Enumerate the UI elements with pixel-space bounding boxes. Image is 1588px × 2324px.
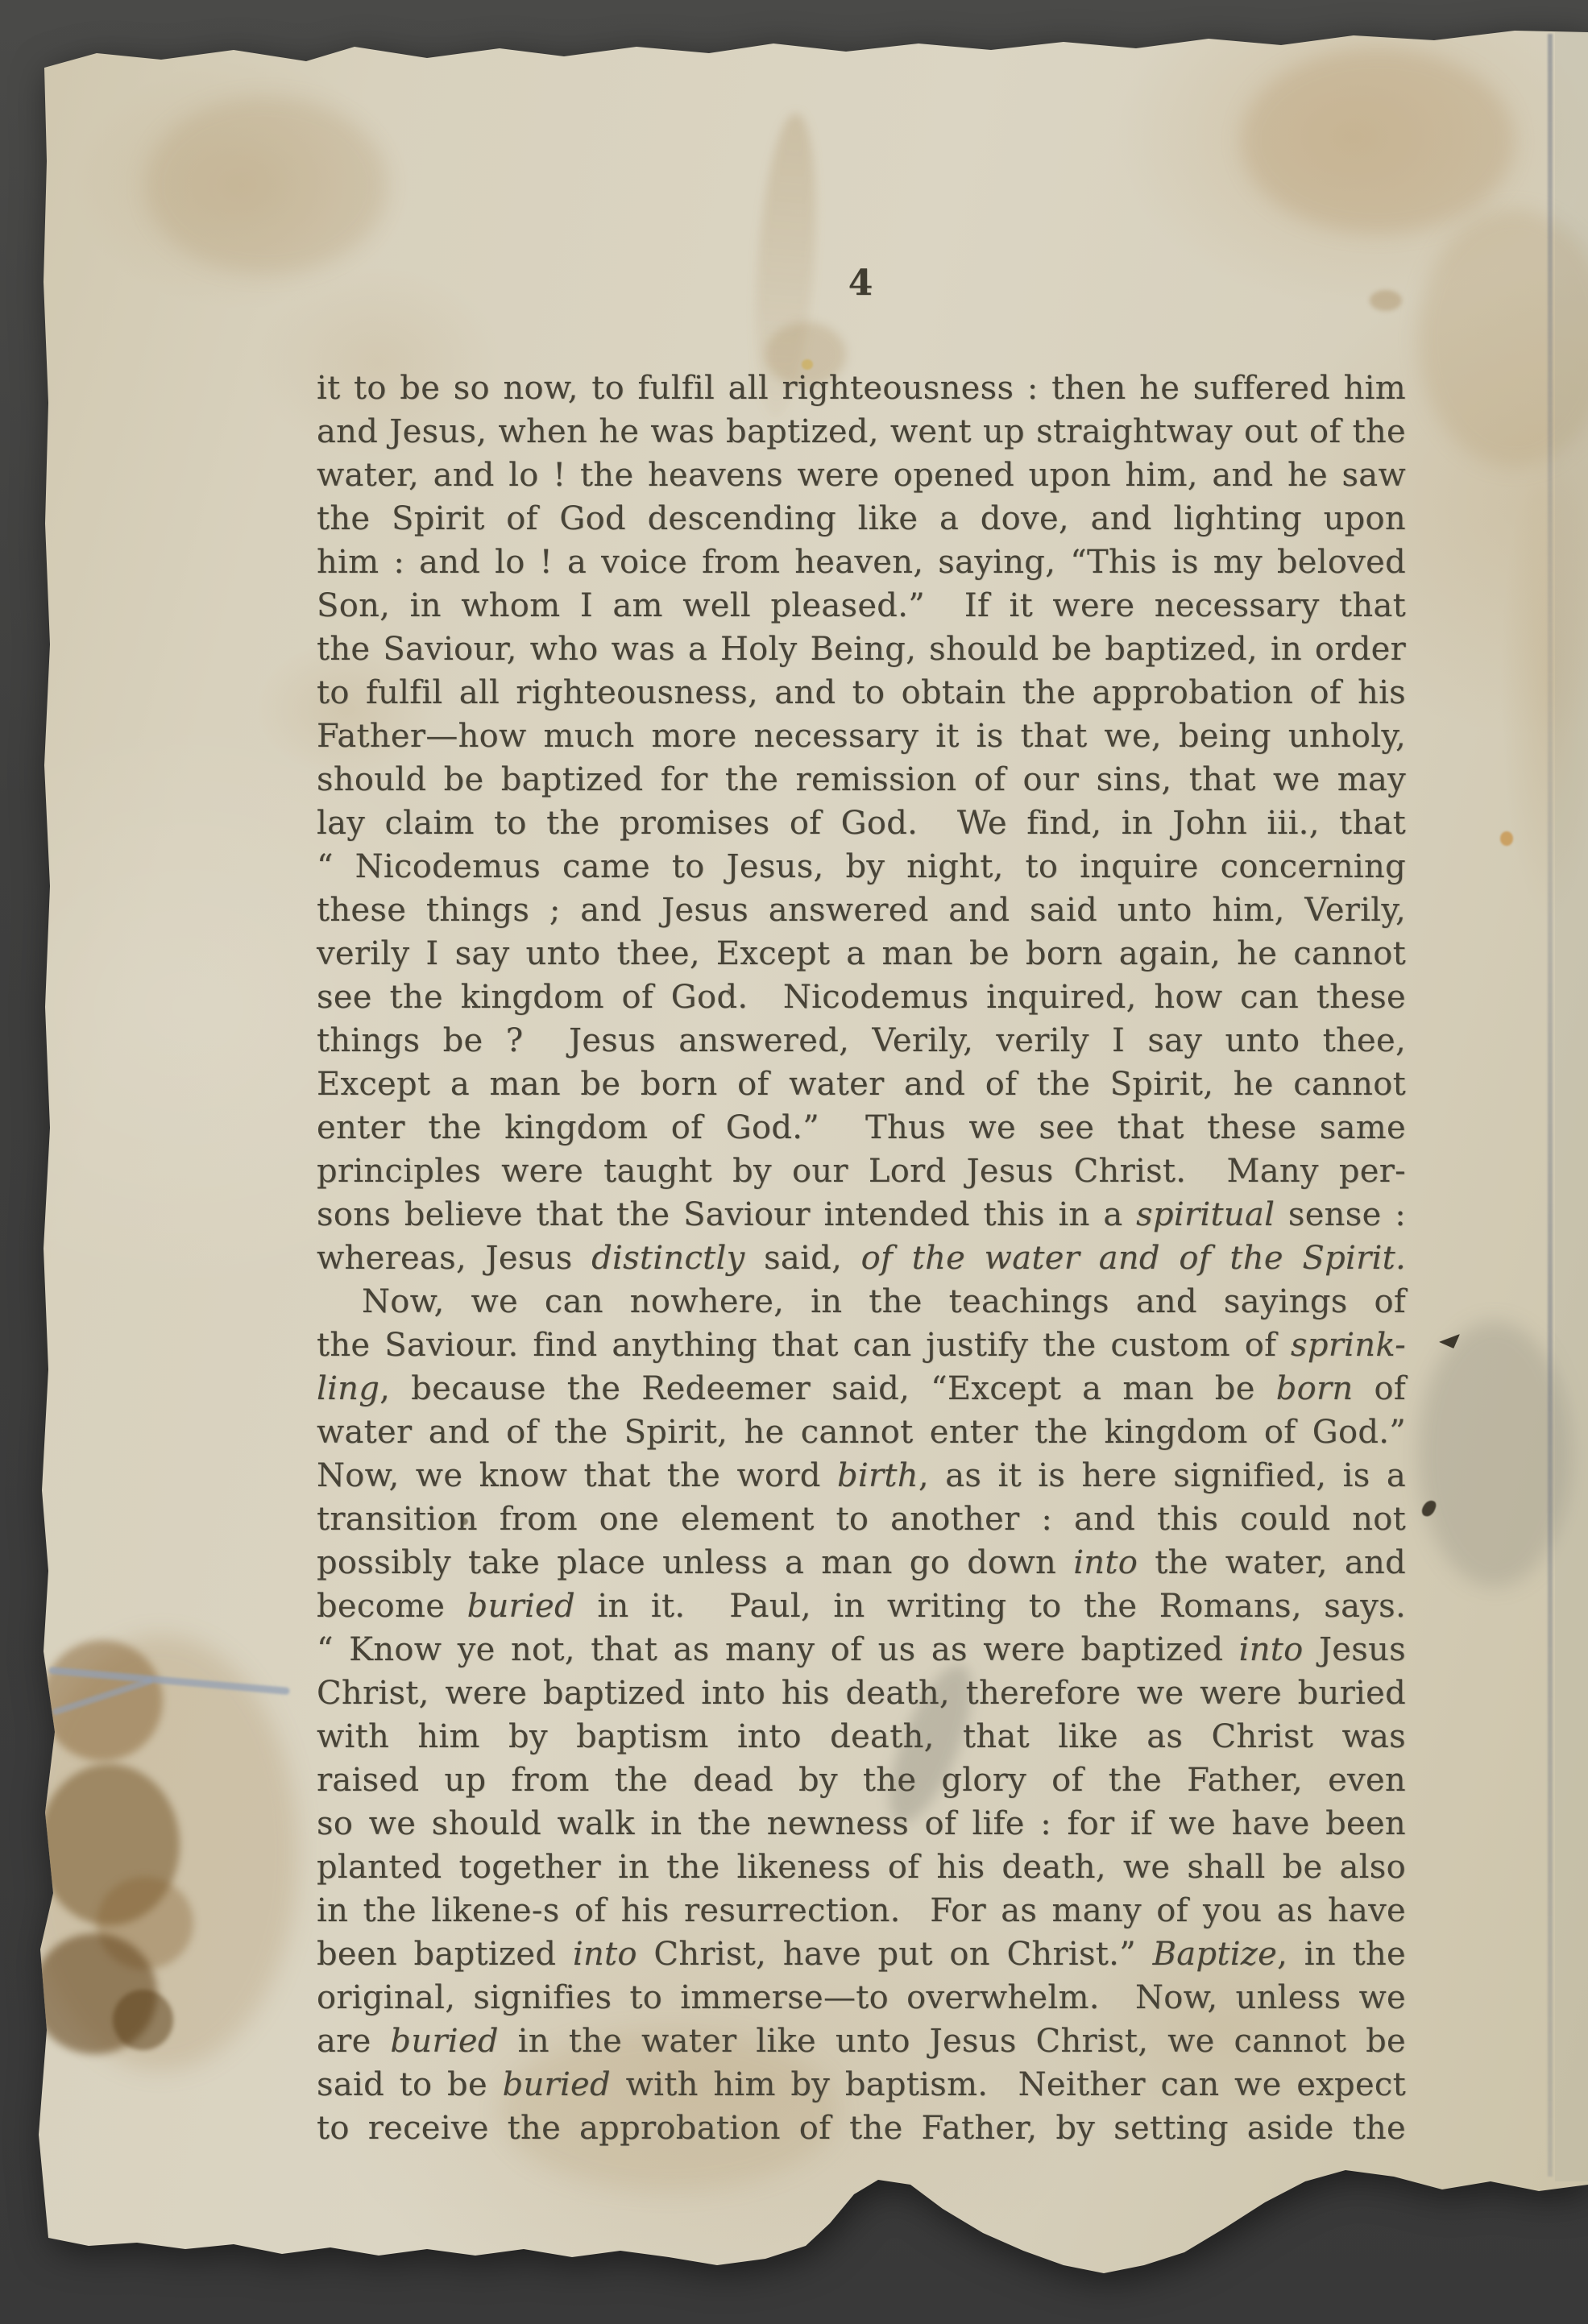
text-segment: been baptized [317, 1936, 573, 1973]
text-line: “ Nicodemus came to Jesus, by night, to … [317, 845, 1406, 889]
text-segment: Jesus [1304, 1631, 1406, 1668]
fox-spot [1500, 831, 1513, 846]
text-lines: it to be so now, to fulfil all righteous… [317, 367, 1406, 2150]
text-segment: to receive the approbation of the Father… [317, 2110, 1406, 2147]
text-line: enter the kingdom of God.” Thus we see t… [317, 1106, 1406, 1150]
text-segment: see the kingdom of God. Nicodemus inquir… [317, 979, 1406, 1016]
text-segment: it to be so now, to fulfil all righteous… [317, 370, 1406, 407]
text-line: become buried in it. Paul, in writing to… [317, 1585, 1406, 1628]
text-segment: , as it is here signified, is a [918, 1457, 1406, 1494]
text-segment: should be baptized for the remission of … [317, 761, 1406, 798]
text-line: sons believe that the Saviour intended t… [317, 1193, 1406, 1237]
text-segment: “ Nicodemus came to Jesus, by night, to … [317, 848, 1406, 885]
italic-text: into [1073, 1544, 1138, 1581]
text-line: said to be buried with him by baptism. N… [317, 2063, 1406, 2107]
text-segment: these things ; and Jesus answered and sa… [317, 892, 1406, 929]
text-line: to fulfil all righteousness, and to obta… [317, 671, 1406, 715]
text-segment: the water, and [1138, 1544, 1406, 1581]
stain [113, 1990, 173, 2050]
smudge [1418, 1321, 1571, 1587]
italic-text: Baptize [1153, 1936, 1278, 1973]
text-segment: principles were taught by our Lord Jesus… [317, 1153, 1406, 1190]
text-line: to receive the approbation of the Father… [317, 2107, 1406, 2150]
text-segment: planted together in the likeness of his … [317, 1849, 1406, 1886]
fiber-mark [48, 1667, 290, 1695]
text-segment: , in the [1277, 1936, 1406, 1973]
text-line: raised up from the dead by the glory of … [317, 1759, 1406, 1802]
text-line: ling, because the Redeemer said, “Except… [317, 1367, 1406, 1411]
text-segment: Christ, have put on Christ.” [637, 1936, 1153, 1973]
text-segment: are [317, 2023, 390, 2060]
text-segment: sense : [1275, 1196, 1406, 1233]
ink-mark [1439, 1334, 1460, 1348]
italic-text: ling [317, 1370, 379, 1407]
body-text: it to be so now, to fulfil all righteous… [317, 367, 1406, 2150]
text-line: and Jesus, when he was baptized, went up… [317, 410, 1406, 454]
text-segment: of [1353, 1370, 1406, 1407]
italic-text: into [1239, 1631, 1304, 1668]
italic-text: birth [837, 1457, 918, 1494]
text-segment: Son, in whom I am well pleased.” If it w… [317, 587, 1406, 624]
text-segment: Christ, were baptized into his death, th… [317, 1675, 1406, 1712]
italic-text: born [1276, 1370, 1354, 1407]
text-segment: Now, we know that the word [317, 1457, 837, 1494]
scanned-document: 4 it to be so now, to fulfil all righteo… [0, 0, 1588, 2324]
text-segment: and Jesus, when he was baptized, went up… [317, 413, 1406, 450]
text-segment: with him by baptism. Neither can we expe… [611, 2066, 1406, 2103]
text-line: Now, we can nowhere, in the teachings an… [317, 1280, 1406, 1324]
text-line: possibly take place unless a man go down… [317, 1541, 1406, 1585]
text-line: so we should walk in the newness of life… [317, 1802, 1406, 1846]
stain [1241, 48, 1515, 234]
text-segment: , because the Redeemer said, “Except a m… [379, 1370, 1276, 1407]
text-segment: Father—how much more necessary it is tha… [317, 718, 1406, 755]
text-line: whereas, Jesus distinctly said, of the w… [317, 1237, 1406, 1280]
fold-shadow [1555, 32, 1588, 2181]
text-segment: whereas, Jesus [317, 1240, 591, 1277]
italic-text: buried [390, 2023, 498, 2060]
stain [24, 1635, 298, 2070]
stain [42, 1640, 163, 1761]
text-segment: enter the kingdom of God.” Thus we see t… [317, 1109, 1406, 1146]
text-segment: raised up from the dead by the glory of … [317, 1762, 1406, 1799]
text-line: original, signifies to immerse—to overwh… [317, 1976, 1406, 2020]
italic-text: distinctly [591, 1240, 744, 1277]
text-line: principles were taught by our Lord Jesus… [317, 1150, 1406, 1193]
text-segment: to fulfil all righteousness, and to obta… [317, 674, 1406, 711]
text-segment: water and of the Spirit, he cannot enter… [317, 1414, 1406, 1451]
stain [32, 1933, 157, 2054]
text-segment: original, signifies to immerse—to overwh… [317, 1979, 1406, 2016]
text-line: been baptized into Christ, have put on C… [317, 1933, 1406, 1976]
text-line: transition from one element to another :… [317, 1498, 1406, 1541]
stain [1418, 209, 1588, 467]
text-segment: the Saviour, who was a Holy Being, shoul… [317, 631, 1406, 668]
paper-shadow: 4 it to be so now, to fulfil all righteo… [0, 0, 1588, 2324]
text-line: with him by baptism into death, that lik… [317, 1715, 1406, 1759]
text-line: water and of the Spirit, he cannot enter… [317, 1411, 1406, 1454]
text-segment: Except a man be born of water and of the… [317, 1066, 1406, 1103]
text-segment: said, [745, 1240, 861, 1277]
fiber-mark [52, 1677, 153, 1716]
text-line: Except a man be born of water and of the… [317, 1063, 1406, 1106]
italic-text: sprink- [1291, 1327, 1406, 1364]
text-line: these things ; and Jesus answered and sa… [317, 889, 1406, 932]
text-segment: in it. Paul, in writing to the Romans, s… [575, 1588, 1406, 1625]
text-line: the Spirit of God descending like a dove… [317, 497, 1406, 541]
text-line: “ Know ye not, that as many of us as wer… [317, 1628, 1406, 1672]
text-line: Christ, were baptized into his death, th… [317, 1672, 1406, 1715]
italic-text: buried [503, 2066, 611, 2103]
text-line: water, and lo ! the heavens were opened … [317, 454, 1406, 497]
text-segment: “ Know ye not, that as many of us as wer… [317, 1631, 1239, 1668]
text-line: see the kingdom of God. Nicodemus inquir… [317, 976, 1406, 1019]
text-segment: sons believe that the Saviour intended t… [317, 1196, 1136, 1233]
text-segment: lay claim to the promises of God. We fin… [317, 805, 1406, 842]
text-segment: with him by baptism into death, that lik… [317, 1718, 1406, 1755]
text-segment: become [317, 1588, 467, 1625]
italic-text: into [573, 1936, 637, 1973]
text-line: verily I say unto thee, Except a man be … [317, 932, 1406, 976]
text-line: are buried in the water like unto Jesus … [317, 2020, 1406, 2063]
torn-paper-page: 4 it to be so now, to fulfil all righteo… [0, 0, 1588, 2324]
text-segment: the Saviour. find anything that can just… [317, 1327, 1291, 1364]
text-segment: verily I say unto thee, Except a man be … [317, 935, 1406, 972]
fold-crease [1548, 34, 1553, 2177]
text-line: Son, in whom I am well pleased.” If it w… [317, 584, 1406, 628]
text-line: should be baptized for the remission of … [317, 758, 1406, 802]
text-line: Father—how much more necessary it is tha… [317, 715, 1406, 758]
text-segment: in the water like unto Jesus Christ, we … [499, 2023, 1406, 2060]
text-segment: water, and lo ! the heavens were opened … [317, 457, 1406, 494]
text-segment: transition from one element to another :… [317, 1501, 1406, 1538]
text-line: in the likene-s of his resurrection. For… [317, 1889, 1406, 1933]
text-segment: in the likene-s of his resurrection. For… [317, 1892, 1406, 1929]
text-segment: possibly take place unless a man go down [317, 1544, 1073, 1581]
text-line: the Saviour. find anything that can just… [317, 1324, 1406, 1367]
italic-text: spiritual [1136, 1196, 1275, 1233]
italic-text: buried [467, 1588, 575, 1625]
text-segment: so we should walk in the newness of life… [317, 1805, 1406, 1842]
text-line: it to be so now, to fulfil all righteous… [317, 367, 1406, 410]
text-segment: things be ? Jesus answered, Verily, veri… [317, 1022, 1406, 1059]
text-segment: him : and lo ! a voice from heaven, sayi… [317, 544, 1406, 581]
text-line: planted together in the likeness of his … [317, 1846, 1406, 1889]
stain [97, 1877, 193, 1970]
text-line: lay claim to the promises of God. We fin… [317, 802, 1406, 845]
text-segment: said to be [317, 2066, 503, 2103]
text-segment: Now, we can nowhere, in the teachings an… [362, 1283, 1406, 1320]
stain [39, 1764, 180, 1925]
text-line: things be ? Jesus answered, Verily, veri… [317, 1019, 1406, 1063]
text-segment: the Spirit of God descending like a dove… [317, 500, 1406, 537]
ink-mark [1420, 1498, 1437, 1518]
text-line: Now, we know that the word birth, as it … [317, 1454, 1406, 1498]
stain [145, 97, 387, 274]
page-number: 4 [317, 263, 1406, 304]
text-line: the Saviour, who was a Holy Being, shoul… [317, 628, 1406, 671]
italic-text: of the water and of the Spirit. [861, 1240, 1406, 1277]
text-line: him : and lo ! a voice from heaven, sayi… [317, 541, 1406, 584]
